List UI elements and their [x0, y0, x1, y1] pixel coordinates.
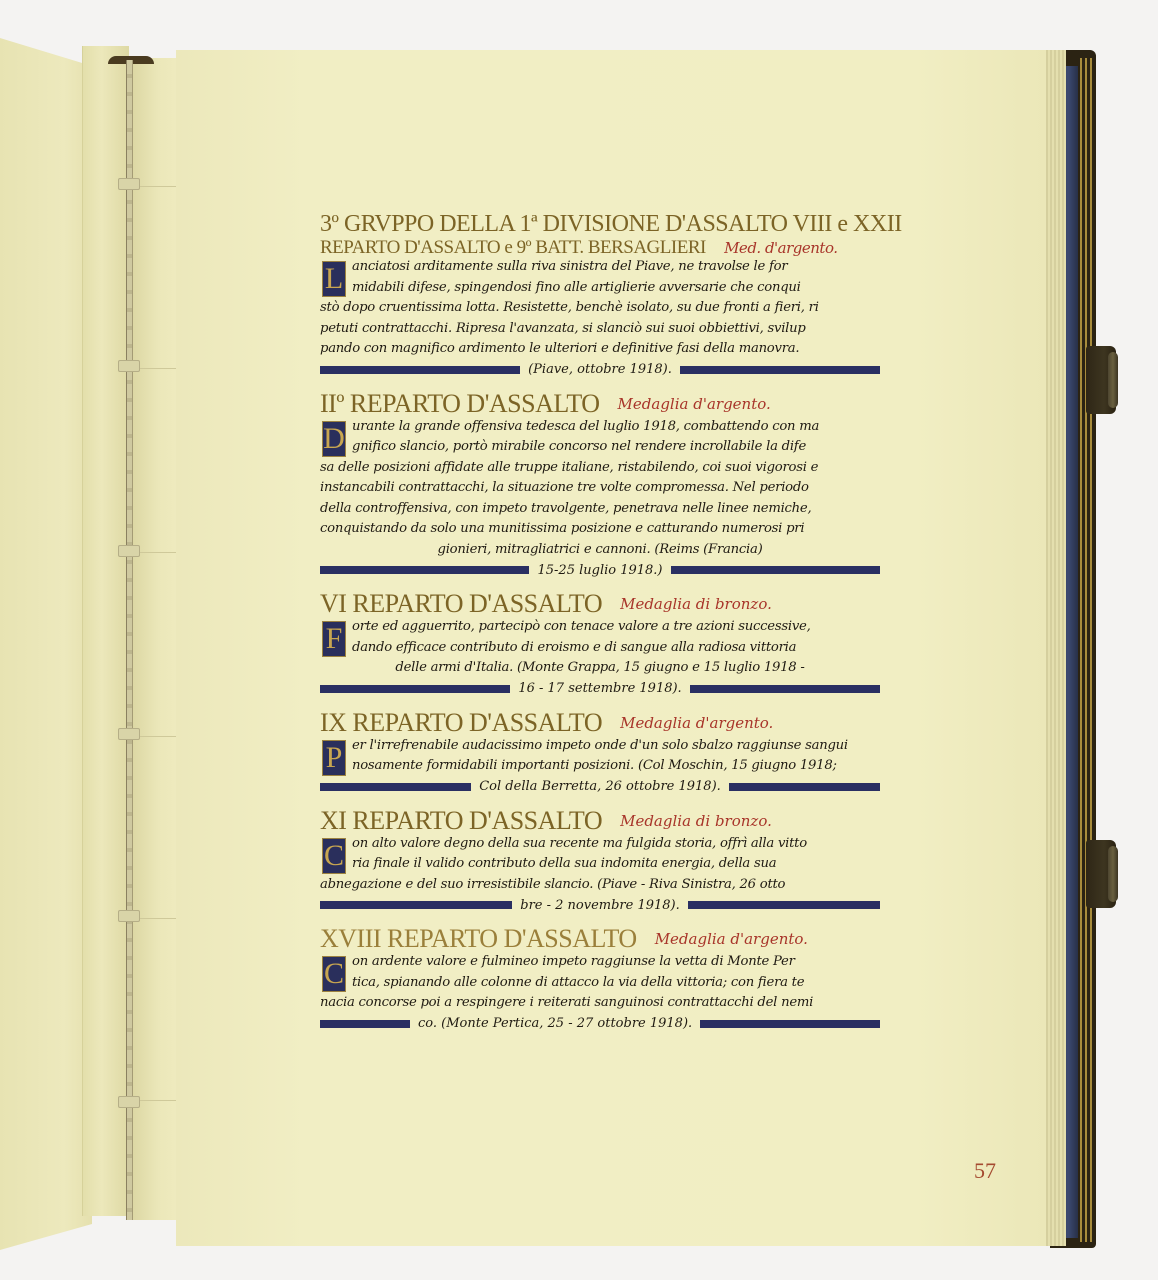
body-line: stò dopo cruentissima lotta. Resistette,…: [320, 298, 880, 319]
body-line: on ardente valore e fulmineo impeto ragg…: [320, 952, 880, 973]
gilt-rule: [1090, 58, 1092, 1242]
gutter-right: [132, 58, 180, 1220]
body-line: anciatosi arditamente sulla riva sinistr…: [320, 257, 880, 278]
heading-text: IIº REPARTO D'ASSALTO: [320, 389, 600, 418]
citation-body: F orte ed agguerrito, partecipò con tena…: [320, 617, 880, 679]
blue-bar-left: [320, 566, 529, 574]
heading-text: VI REPARTO D'ASSALTO: [320, 589, 602, 618]
drop-cap: D: [322, 421, 346, 457]
page-number: 57: [974, 1158, 996, 1184]
citation-xviii-reparto: XVIII REPARTO D'ASSALTO Medaglia d'argen…: [320, 926, 880, 1033]
citation-ix-reparto: IX REPARTO D'ASSALTO Medaglia d'argento.…: [320, 710, 880, 796]
heading-text: IX REPARTO D'ASSALTO: [320, 708, 602, 737]
body-line: gionieri, mitragliatrici e cannoni. (Rei…: [320, 540, 880, 561]
date-row: bre - 2 novembre 1918).: [320, 896, 880, 914]
date-row: (Piave, ottobre 1918).: [320, 361, 880, 379]
body-line: orte ed agguerrito, partecipò con tenace…: [320, 617, 880, 638]
citation-body: D urante la grande offensiva tedesca del…: [320, 417, 880, 561]
date-row: co. (Monte Pertica, 25 - 27 ottobre 1918…: [320, 1015, 880, 1033]
citation-body: P er l'irrefrenabile audacissimo impeto …: [320, 736, 880, 777]
gilt-rule: [1080, 58, 1082, 1242]
date-row: 15-25 luglio 1918.): [320, 561, 880, 579]
blue-bar-right: [700, 1020, 880, 1028]
citation-date: Col della Berretta, 26 ottobre 1918).: [479, 779, 721, 794]
blue-bar-left: [320, 783, 471, 791]
medal-label: Medaglia di bronzo.: [620, 595, 772, 613]
body-line: petuti contrattacchi. Ripresa l'avanzata…: [320, 319, 880, 340]
date-row: Col della Berretta, 26 ottobre 1918).: [320, 778, 880, 796]
section-heading: IIº REPARTO D'ASSALTO Medaglia d'argento…: [320, 391, 880, 417]
body-line: on alto valore degno della sua recente m…: [320, 834, 880, 855]
heading-text: XI REPARTO D'ASSALTO: [320, 806, 602, 835]
blue-bar-left: [320, 1020, 410, 1028]
clasp-upper-knob: [1108, 352, 1118, 408]
body-line: nacia concorse poi a respingere i reiter…: [320, 993, 880, 1014]
drop-cap: C: [322, 956, 346, 992]
body-line: conquistando da solo una munitissima pos…: [320, 519, 880, 540]
blue-bar-left: [320, 901, 512, 909]
body-line: ria finale il valido contributo della su…: [320, 854, 880, 875]
blue-bar-right: [671, 566, 880, 574]
citation-date: 15-25 luglio 1918.): [537, 563, 662, 578]
citation-date: 16 - 17 settembre 1918).: [518, 681, 681, 696]
medal-label: Medaglia di bronzo.: [620, 812, 772, 830]
section-heading: IX REPARTO D'ASSALTO Medaglia d'argento.: [320, 710, 880, 736]
drop-cap: P: [322, 740, 346, 776]
section-heading: 3º GRVPPO DELLA 1ª DIVISIONE D'ASSALTO V…: [320, 212, 880, 236]
page-content: 3º GRVPPO DELLA 1ª DIVISIONE D'ASSALTO V…: [320, 212, 880, 1045]
blue-bar-right: [690, 685, 880, 693]
date-row: 16 - 17 settembre 1918).: [320, 680, 880, 698]
body-line: urante la grande offensiva tedesca del l…: [320, 417, 880, 438]
citation-xi-reparto: XI REPARTO D'ASSALTO Medaglia di bronzo.…: [320, 808, 880, 915]
sewing-station: [118, 910, 140, 922]
drop-cap: C: [322, 838, 346, 874]
citation-3-gruppo: 3º GRVPPO DELLA 1ª DIVISIONE D'ASSALTO V…: [320, 212, 880, 379]
gilt-rule: [1085, 58, 1087, 1242]
citation-ii-reparto: IIº REPARTO D'ASSALTO Medaglia d'argento…: [320, 391, 880, 580]
medal-label: Medaglia d'argento.: [618, 395, 771, 413]
clasp-lower-knob: [1108, 846, 1118, 902]
sewing-station: [118, 728, 140, 740]
left-page: [0, 38, 92, 1250]
page-edges: [1046, 50, 1066, 1246]
blue-bar-right: [688, 901, 880, 909]
body-line: tica, spianando alle colonne di attacco …: [320, 973, 880, 994]
body-line: gnifico slancio, portò mirabile concorso…: [320, 437, 880, 458]
section-heading: VI REPARTO D'ASSALTO Medaglia di bronzo.: [320, 591, 880, 617]
body-line: sa delle posizioni affidate alle truppe …: [320, 458, 880, 479]
section-heading: XVIII REPARTO D'ASSALTO Medaglia d'argen…: [320, 926, 880, 952]
citation-vi-reparto: VI REPARTO D'ASSALTO Medaglia di bronzo.…: [320, 591, 880, 698]
citation-body: L anciatosi arditamente sulla riva sinis…: [320, 257, 880, 360]
drop-cap: L: [322, 261, 346, 297]
blue-bar-left: [320, 685, 510, 693]
medal-label: Medaglia d'argento.: [620, 714, 773, 732]
medal-label: Medaglia d'argento.: [655, 930, 808, 948]
blue-bar-left: [320, 366, 520, 374]
body-line: midabili difese, spingendosi fino alle a…: [320, 278, 880, 299]
citation-body: C on alto valore degno della sua recente…: [320, 834, 880, 896]
citation-date: (Piave, ottobre 1918).: [528, 362, 672, 377]
citation-date: co. (Monte Pertica, 25 - 27 ottobre 1918…: [418, 1016, 692, 1031]
body-line: delle armi d'Italia. (Monte Grappa, 15 g…: [320, 658, 880, 679]
body-line: nosamente formidabili importanti posizio…: [320, 756, 880, 777]
body-line: pando con magnifico ardimento le ulterio…: [320, 339, 880, 360]
heading-text: XVIII REPARTO D'ASSALTO: [320, 924, 637, 953]
sewing-station: [118, 178, 140, 190]
body-line: della controffensiva, con impeto travolg…: [320, 499, 880, 520]
blue-bar-right: [729, 783, 880, 791]
body-line: abnegazione e del suo irresistibile slan…: [320, 875, 880, 896]
spine-stitching: [126, 60, 133, 1220]
citation-body: C on ardente valore e fulmineo impeto ra…: [320, 952, 880, 1014]
citation-date: bre - 2 novembre 1918).: [520, 898, 680, 913]
section-heading: XI REPARTO D'ASSALTO Medaglia di bronzo.: [320, 808, 880, 834]
blue-bar-right: [680, 366, 880, 374]
body-line: instancabili contrattacchi, la situazion…: [320, 478, 880, 499]
drop-cap: F: [322, 621, 346, 657]
body-line: er l'irrefrenabile audacissimo impeto on…: [320, 736, 880, 757]
sewing-station: [118, 360, 140, 372]
body-line: dando efficace contributo di eroismo e d…: [320, 638, 880, 659]
heading-text: REPARTO D'ASSALTO e 9º BATT. BERSAGLIERI: [320, 237, 706, 258]
sewing-station: [118, 545, 140, 557]
gutter-left: [82, 46, 129, 1216]
section-heading-line2: REPARTO D'ASSALTO e 9º BATT. BERSAGLIERI…: [320, 238, 880, 257]
medal-label: Med. d'argento.: [724, 239, 837, 257]
sewing-station: [118, 1096, 140, 1108]
